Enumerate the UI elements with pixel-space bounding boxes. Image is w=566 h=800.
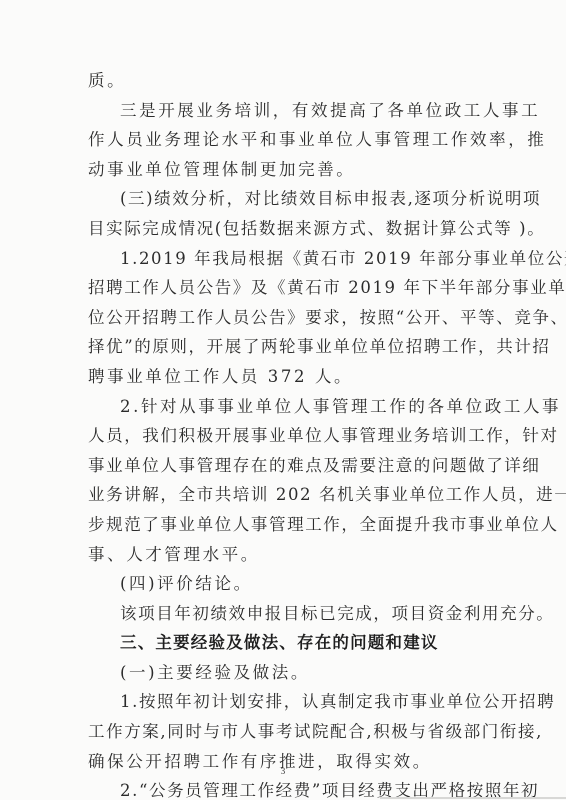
text-line: 目实际完成情况(包括数据来源方式、数据计算公式等 )。	[88, 214, 480, 244]
document-page: 质。 三是开展业务培训，有效提高了各单位政工人事工 作人员业务理论水平和事业单位…	[0, 0, 566, 800]
text-line: 人员，我们积极开展事业单位人事管理业务培训工作，针对	[88, 421, 480, 451]
text-line: 1.2019 年我局根据《黄石市 2019 年部分事业单位公开	[88, 244, 480, 274]
text-line: 事、人才管理水平。	[88, 540, 480, 570]
text-line: 择优”的原则，开展了两轮事业单位单位招聘工作，共计招	[88, 332, 480, 362]
subsection-heading-main-experience: (一)主要经验及做法。	[88, 658, 480, 688]
text-line: 质。	[88, 66, 480, 96]
page-number: 3	[0, 766, 566, 776]
scan-edge-line	[380, 797, 566, 799]
text-line: 业务讲解，全市共培训 202 名机关事业单位工作人员，进一	[88, 480, 480, 510]
section-heading-main-experience: 三、主要经验及做法、存在的问题和建议	[88, 628, 480, 658]
text-line: 作人员业务理论水平和事业单位人事管理工作效率，推	[88, 125, 480, 155]
text-line: 动事业单位管理体制更加完善。	[88, 155, 480, 185]
text-line: 招聘工作人员公告》及《黄石市 2019 年下半年部分事业单	[88, 273, 480, 303]
section-heading-evaluation-conclusion: (四)评价结论。	[88, 569, 480, 599]
text-line: 工作方案,同时与市人事考试院配合,积极与省级部门衔接,	[88, 717, 480, 747]
text-line: 步规范了事业单位人事管理工作，全面提升我市事业单位人	[88, 510, 480, 540]
text-line: 事业单位人事管理存在的难点及需要注意的问题做了详细	[88, 451, 480, 481]
text-line: 该项目年初绩效申报目标已完成，项目资金利用充分。	[88, 599, 480, 629]
text-line: 聘事业单位工作人员 372 人。	[88, 362, 480, 392]
document-body: 质。 三是开展业务培训，有效提高了各单位政工人事工 作人员业务理论水平和事业单位…	[88, 66, 480, 800]
text-line: 位公开招聘工作人员公告》要求，按照“公开、平等、竞争、	[88, 303, 480, 333]
text-line: 1.按照年初计划安排，认真制定我市事业单位公开招聘	[88, 687, 480, 717]
text-line: 2.针对从事事业单位人事管理工作的各单位政工人事	[88, 392, 480, 422]
section-heading-performance-analysis: (三)绩效分析，对比绩效目标申报表,逐项分析说明项	[88, 184, 480, 214]
text-line: 三是开展业务培训，有效提高了各单位政工人事工	[88, 96, 480, 126]
